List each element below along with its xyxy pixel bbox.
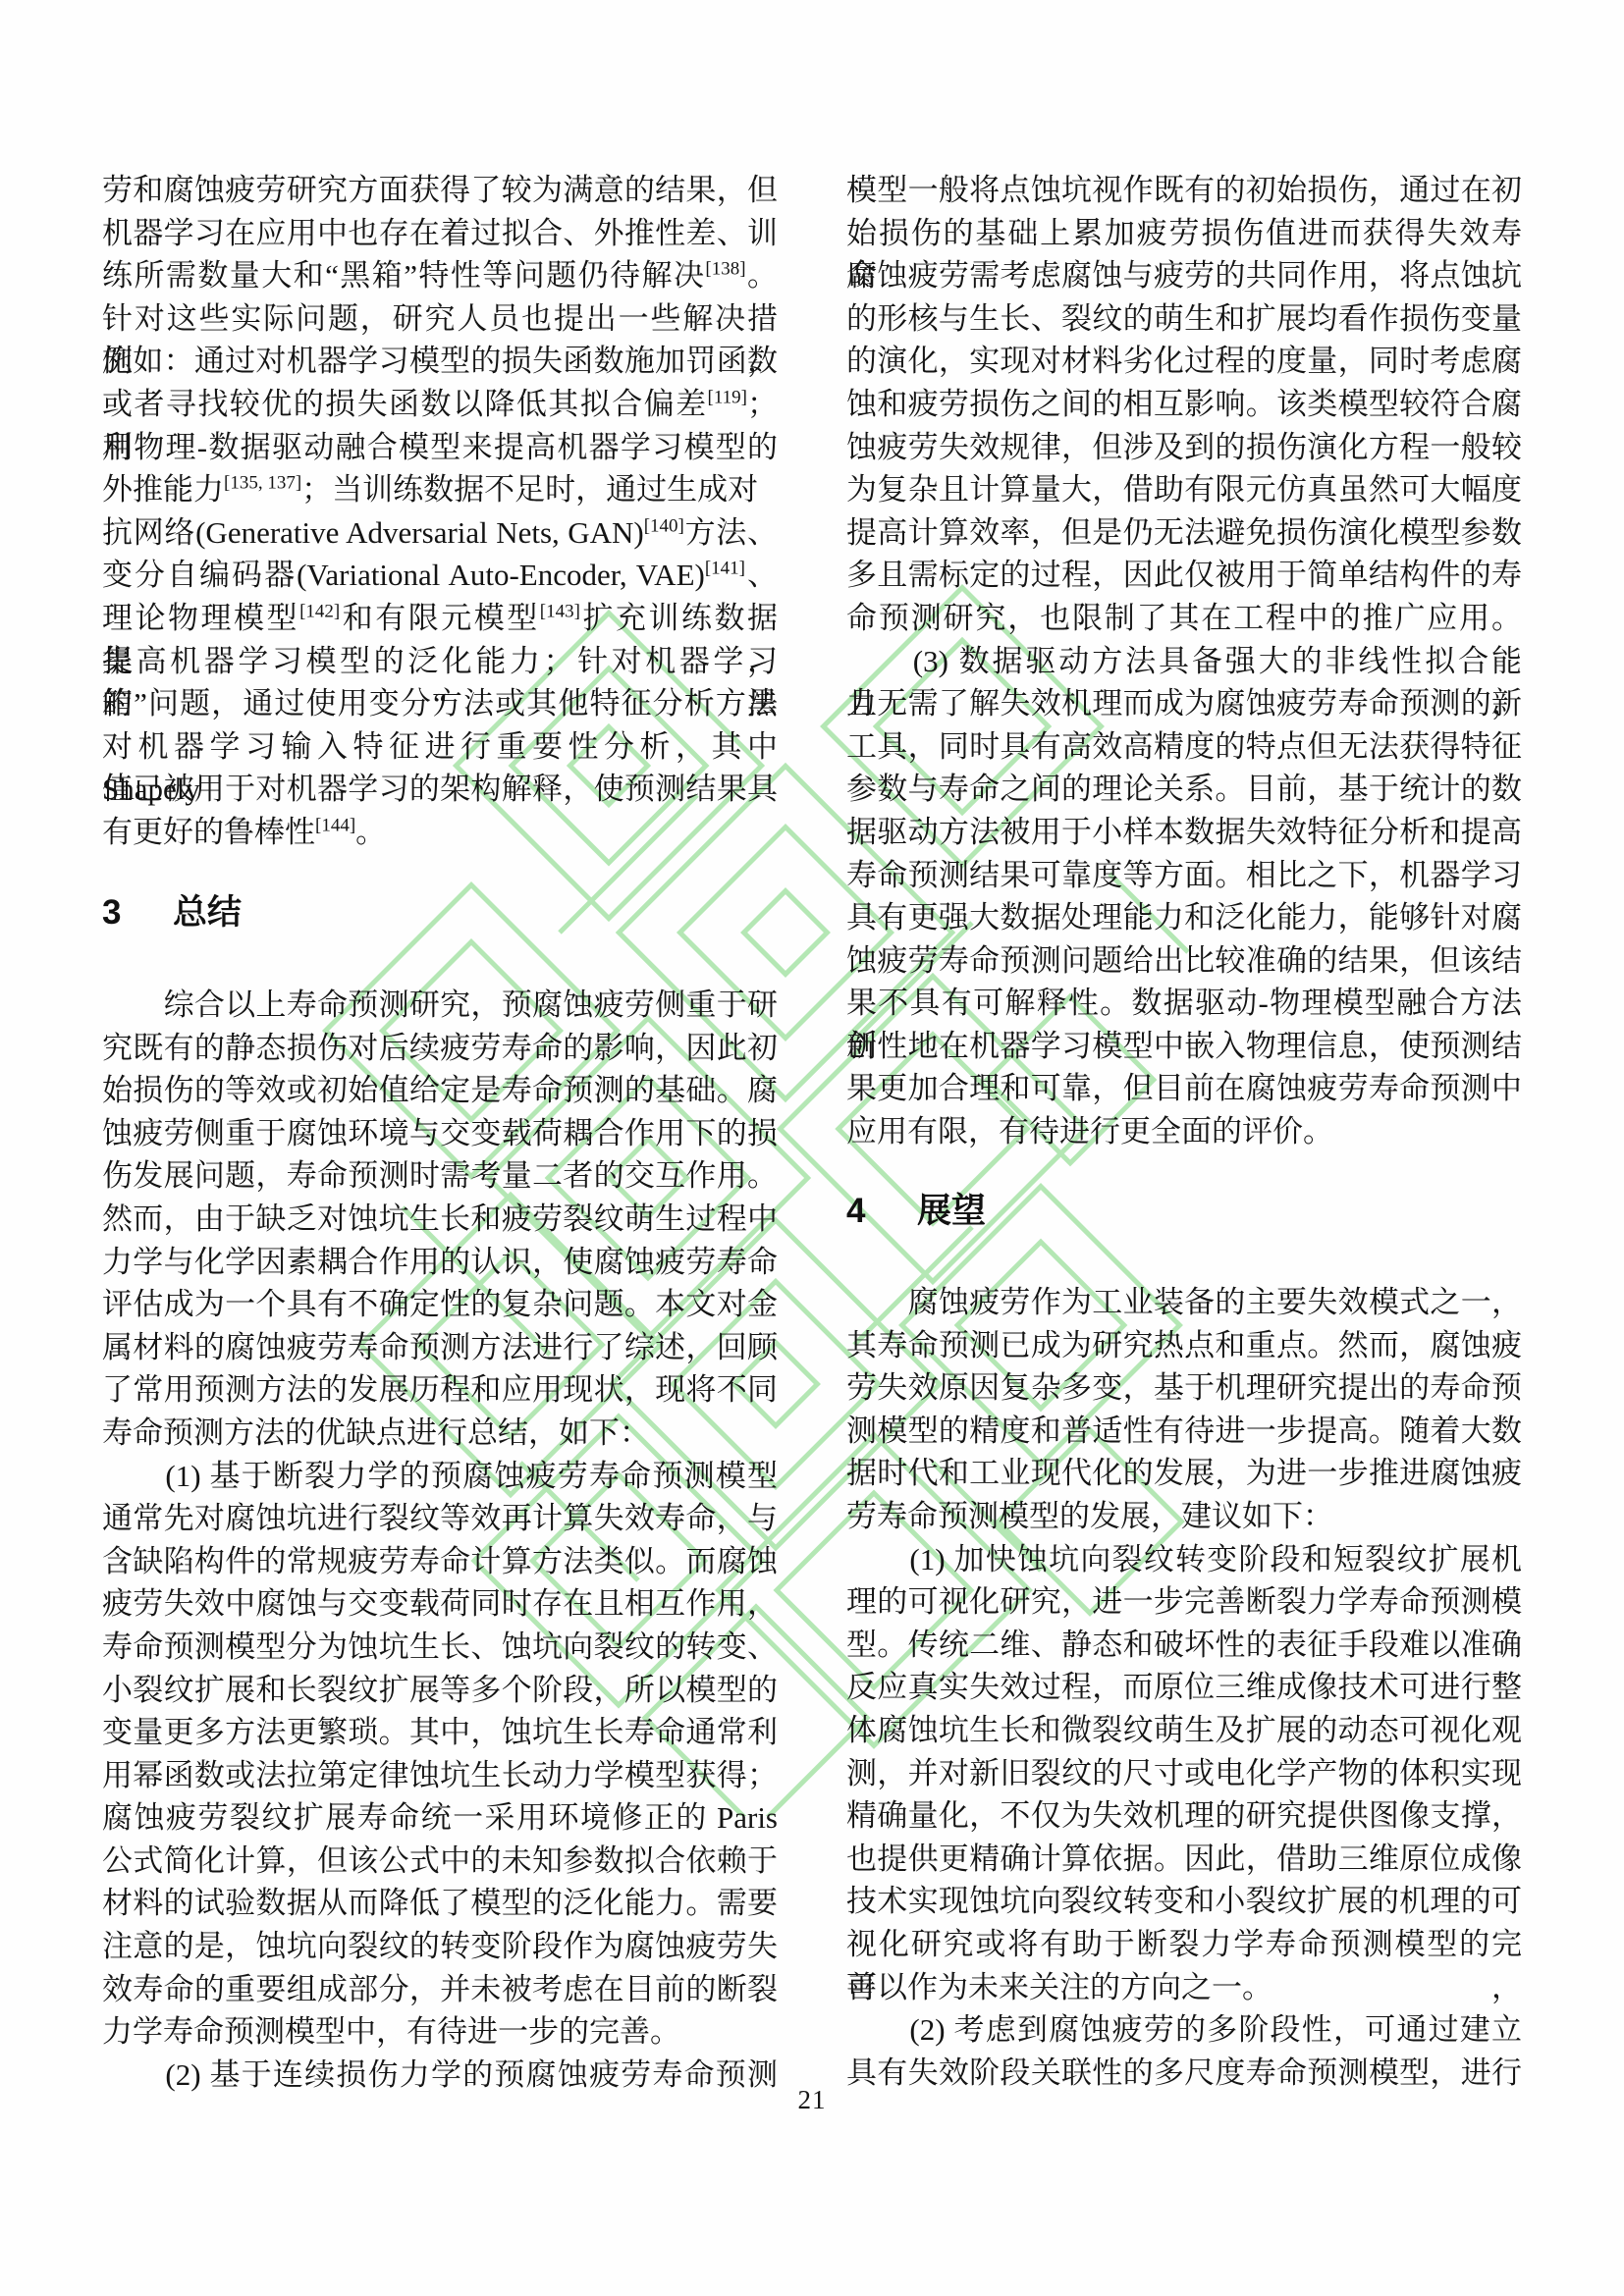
page-number: 21 — [798, 2085, 827, 2114]
text-line: 模型一般将点蚀坑视作既有的初始损伤，通过在初 — [846, 169, 1522, 212]
section-number: 4 — [846, 1188, 917, 1235]
text-line: 蚀疲劳寿命预测问题给出比较准确的结果，但该结 — [846, 939, 1522, 983]
text-line: 箱”问题，通过使用变分方法或其他特征分析方法 — [102, 682, 778, 725]
text-line: 练所需数量大和“黑箱”特性等问题仍待解决[138]。 — [102, 254, 778, 297]
text-line: 力学寿命预测模型中，有待进一步的完善。 — [102, 2010, 778, 2054]
text-line: 通常先对腐蚀坑进行裂纹等效再计算失效寿命，与 — [102, 1497, 778, 1540]
text-line: 反应真实失效过程，而原位三维成像技术可进行整 — [846, 1666, 1522, 1709]
text-line: 视化研究或将有助于断裂力学寿命预测模型的完善， — [846, 1923, 1522, 1966]
text-line: 小裂纹扩展和长裂纹扩展等多个阶段，所以模型的 — [102, 1669, 778, 1712]
text-line: 蚀疲劳侧重于腐蚀环境与交变载荷耦合作用下的损 — [102, 1112, 778, 1155]
section-heading-summary: 3总结 — [102, 889, 778, 936]
text-line: 的演化，实现对材料劣化过程的度量，同时考虑腐 — [846, 340, 1522, 383]
section-title: 展望 — [917, 1192, 986, 1230]
page-footer: 21 — [0, 2085, 1624, 2115]
text-line: 评估成为一个具有不确定性的复杂问题。本文对金 — [102, 1283, 778, 1326]
text-line: 理的可视化研究，进一步完善断裂力学寿命预测模 — [846, 1580, 1522, 1624]
text-line: 抗网络(Generative Adversarial Nets, GAN)[14… — [102, 511, 778, 555]
section-number: 3 — [102, 889, 173, 936]
reference-superscript: [143] — [540, 602, 580, 622]
text-line: 多且需标定的过程，因此仅被用于简单结构件的寿 — [846, 554, 1522, 597]
text-line: 应用有限，有待进行更全面的评价。 — [846, 1110, 1522, 1153]
text-line: 属材料的腐蚀疲劳寿命预测方法进行了综述，回顾 — [102, 1326, 778, 1369]
text-line: 体腐蚀坑生长和微裂纹萌生及扩展的动态可视化观 — [846, 1709, 1522, 1752]
text-line: 工具，同时具有高效高精度的特点但无法获得特征 — [846, 725, 1522, 769]
reference-superscript: [144] — [315, 816, 355, 836]
text-line: 用物理-数据驱动融合模型来提高机器学习模型的 — [102, 426, 778, 469]
reference-superscript: [119] — [708, 388, 747, 408]
page: 劳和腐蚀疲劳研究方面获得了较为满意的结果，但机器学习在应用中也存在着过拟合、外推… — [0, 0, 1624, 2296]
text-line: 腐蚀疲劳需考虑腐蚀与疲劳的共同作用，将点蚀坑 — [846, 254, 1522, 297]
left-paragraph-1: 劳和腐蚀疲劳研究方面获得了较为满意的结果，但机器学习在应用中也存在着过拟合、外推… — [102, 169, 778, 854]
text-line: 对机器学习输入特征进行重要性分析，其中 Shapely — [102, 725, 778, 769]
reference-superscript: [135, 137] — [224, 473, 301, 494]
text-line: 始损伤的基础上累加疲劳损伤值进而获得失效寿命。 — [846, 212, 1522, 255]
text-line: 参数与寿命之间的理论关系。目前，基于统计的数 — [846, 768, 1522, 811]
right-paragraph-1: 模型一般将点蚀坑视作既有的初始损伤，通过在初始损伤的基础上累加疲劳损伤值进而获得… — [846, 169, 1522, 1153]
text-line: 命预测研究，也限制了其在工程中的推广应用。 — [846, 597, 1522, 640]
text-line: 据时代和工业现代化的发展，为进一步推进腐蚀疲 — [846, 1452, 1522, 1495]
text-line: 或者寻找较优的损失函数以降低其拟合偏差[119]；利 — [102, 383, 778, 426]
section-heading-outlook: 4展望 — [846, 1188, 1522, 1235]
text-line: 究既有的静态损伤对后续疲劳寿命的影响，因此初 — [102, 1027, 778, 1070]
text-line: 腐蚀疲劳作为工业装备的主要失效模式之一， — [846, 1281, 1522, 1324]
text-line: 变分自编码器(Variational Auto-Encoder, VAE)[14… — [102, 554, 778, 597]
right-paragraph-2: 腐蚀疲劳作为工业装备的主要失效模式之一，其寿命预测已成为研究热点和重点。然而，腐… — [846, 1281, 1522, 2094]
text-line: 针对这些实际问题，研究人员也提出一些解决措施， — [102, 297, 778, 341]
text-line: 机器学习在应用中也存在着过拟合、外推性差、训 — [102, 212, 778, 255]
text-line: 外推能力[135, 137]；当训练数据不足时，通过生成对 — [102, 468, 778, 511]
text-line: 技术实现蚀坑向裂纹转变和小裂纹扩展的机理的可 — [846, 1880, 1522, 1923]
text-line: 然而，由于缺乏对蚀坑生长和疲劳裂纹萌生过程中 — [102, 1198, 778, 1241]
text-line: 了常用预测方法的发展历程和应用现状，现将不同 — [102, 1368, 778, 1412]
text-line: 含缺陷构件的常规疲劳寿命计算方法类似。而腐蚀 — [102, 1540, 778, 1583]
text-line: 寿命预测结果可靠度等方面。相比之下，机器学习 — [846, 854, 1522, 897]
reference-superscript: [141] — [705, 559, 745, 579]
text-line: 疲劳失效中腐蚀与交变载荷同时存在且相互作用， — [102, 1582, 778, 1626]
left-paragraph-2: 综合以上寿命预测研究，预腐蚀疲劳侧重于研究既有的静态损伤对后续疲劳寿命的影响，因… — [102, 984, 778, 2096]
text-line: 综合以上寿命预测研究，预腐蚀疲劳侧重于研 — [102, 984, 778, 1027]
text-line: (1) 基于断裂力学的预腐蚀疲劳寿命预测模型 — [102, 1455, 778, 1498]
text-line: 且无需了解失效机理而成为腐蚀疲劳寿命预测的新 — [846, 682, 1522, 725]
text-line: 腐蚀疲劳裂纹扩展寿命统一采用环境修正的 Paris — [102, 1796, 778, 1840]
text-line: 变量更多方法更繁琐。其中，蚀坑生长寿命通常利 — [102, 1711, 778, 1754]
text-line: 材料的试验数据从而降低了模型的泛化能力。需要 — [102, 1882, 778, 1925]
text-line: (1) 加快蚀坑向裂纹转变阶段和短裂纹扩展机 — [846, 1538, 1522, 1581]
reference-superscript: [140] — [644, 515, 684, 536]
text-line: 例如：通过对机器学习模型的损失函数施加罚函数 — [102, 340, 778, 383]
text-line: 用幂函数或法拉第定律蚀坑生长动力学模型获得； — [102, 1754, 778, 1797]
text-line: 值已被用于对机器学习的架构解释，使预测结果具 — [102, 768, 778, 811]
text-line: (2) 考虑到腐蚀疲劳的多阶段性，可通过建立 — [846, 2008, 1522, 2052]
text-line: 力学与化学因素耦合作用的认识，使腐蚀疲劳寿命 — [102, 1241, 778, 1284]
text-line: 劳失效原因复杂多变，基于机理研究提出的寿命预 — [846, 1366, 1522, 1410]
text-line: 精确量化，不仅为失效机理的研究提供图像支撑， — [846, 1794, 1522, 1838]
text-line: 也提供更精确计算依据。因此，借助三维原位成像 — [846, 1838, 1522, 1881]
text-line: 据驱动方法被用于小样本数据失效特征分析和提高 — [846, 811, 1522, 854]
text-line: 蚀和疲劳损伤之间的相互影响。该类模型较符合腐 — [846, 383, 1522, 426]
text-line: 公式简化计算，但该公式中的未知参数拟合依赖于 — [102, 1840, 778, 1883]
text-line: 提高计算效率，但是仍无法避免损伤演化模型参数 — [846, 511, 1522, 555]
text-line: 有更好的鲁棒性[144]。 — [102, 811, 778, 854]
text-line: 测，并对新旧裂纹的尺寸或电化学产物的体积实现 — [846, 1752, 1522, 1795]
text-line: 其寿命预测已成为研究热点和重点。然而，腐蚀疲 — [846, 1324, 1522, 1367]
text-line: 的形核与生长、裂纹的萌生和扩展均看作损伤变量 — [846, 297, 1522, 341]
reference-superscript: [138] — [705, 259, 745, 280]
text-line: 劳和腐蚀疲劳研究方面获得了较为满意的结果，但 — [102, 169, 778, 212]
text-line: 测模型的精度和普适性有待进一步提高。随着大数 — [846, 1410, 1522, 1453]
text-line: 具有更强大数据处理能力和泛化能力，能够针对腐 — [846, 896, 1522, 939]
text-line: 新性地在机器学习模型中嵌入物理信息，使预测结 — [846, 1025, 1522, 1068]
text-line: 寿命预测方法的优缺点进行总结，如下： — [102, 1412, 778, 1455]
text-line: 寿命预测模型分为蚀坑生长、蚀坑向裂纹的转变、 — [102, 1626, 778, 1669]
section-title: 总结 — [173, 893, 242, 932]
text-line: 效寿命的重要组成部分，并未被考虑在目前的断裂 — [102, 1968, 778, 2011]
text-line: 提高机器学习模型的泛化能力；针对机器学习的“黑 — [102, 640, 778, 683]
text-line: 蚀疲劳失效规律，但涉及到的损伤演化方程一般较 — [846, 426, 1522, 469]
text-line: 为复杂且计算量大，借助有限元仿真虽然可大幅度 — [846, 468, 1522, 511]
text-line: (3) 数据驱动方法具备强大的非线性拟合能力， — [846, 640, 1522, 683]
reference-superscript: [142] — [299, 602, 340, 622]
text-line: 理论物理模型[142]和有限元模型[143]扩充训练数据集， — [102, 597, 778, 640]
text-line: 果更加合理和可靠，但目前在腐蚀疲劳寿命预测中 — [846, 1067, 1522, 1110]
text-line: 型。传统二维、静态和破坏性的表征手段难以准确 — [846, 1624, 1522, 1667]
text-line: 果不具有可解释性。数据驱动-物理模型融合方法创 — [846, 982, 1522, 1025]
text-line: 始损伤的等效或初始值给定是寿命预测的基础。腐 — [102, 1069, 778, 1112]
text-line: 劳寿命预测模型的发展，建议如下： — [846, 1495, 1522, 1538]
text-line: 注意的是，蚀坑向裂纹的转变阶段作为腐蚀疲劳失 — [102, 1925, 778, 1968]
text-line: 伤发展问题，寿命预测时需考量二者的交互作用。 — [102, 1154, 778, 1198]
